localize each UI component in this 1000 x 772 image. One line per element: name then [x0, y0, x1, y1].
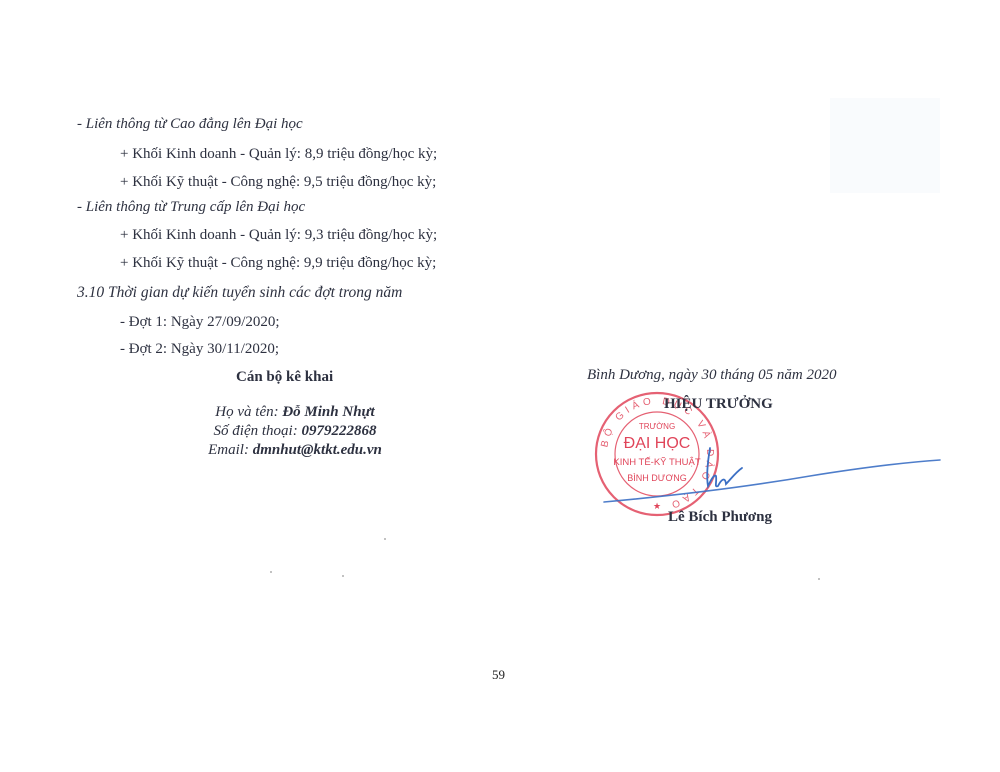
- scan-speck: [384, 538, 386, 540]
- email-label: Email:: [208, 442, 253, 458]
- scan-speck: [818, 578, 820, 580]
- admission-schedule-heading: 3.10 Thời gian dự kiến tuyển sinh các đợ…: [77, 284, 402, 302]
- svg-text:TRƯỜNG: TRƯỜNG: [639, 422, 675, 431]
- admission-round: - Đợt 2: Ngày 30/11/2020;: [120, 340, 279, 358]
- tuition-item: + Khối Kinh doanh - Quản lý: 8,9 triệu đ…: [120, 145, 437, 163]
- rector-title: HIỆU TRƯỞNG: [664, 395, 773, 413]
- declarant-title: Cán bộ kê khai: [236, 368, 333, 386]
- document-page: - Liên thông từ Cao đẳng lên Đại học + K…: [0, 0, 1000, 772]
- declarant-name-row: Họ và tên: Đỗ Minh Nhựt: [180, 403, 410, 422]
- scan-artifact: [830, 98, 940, 193]
- declarant-email: dmnhut@ktkt.edu.vn: [253, 442, 382, 458]
- section-heading-college-transfer: - Liên thông từ Cao đẳng lên Đại học: [77, 115, 303, 133]
- declarant-email-row: Email: dmnhut@ktkt.edu.vn: [180, 441, 410, 460]
- name-label: Họ và tên:: [215, 404, 282, 420]
- section-heading-vocational-transfer: - Liên thông từ Trung cấp lên Đại học: [77, 198, 305, 216]
- scan-speck: [342, 575, 344, 577]
- declarant-name: Đỗ Minh Nhựt: [282, 404, 374, 420]
- declarant-info: Họ và tên: Đỗ Minh Nhựt Số điện thoại: 0…: [180, 403, 410, 460]
- declarant-phone-row: Số điện thoại: 0979222868: [180, 422, 410, 441]
- declarant-phone: 0979222868: [301, 423, 376, 439]
- rector-name: Lê Bích Phương: [668, 508, 772, 526]
- place-date: Bình Dương, ngày 30 tháng 05 năm 2020: [587, 366, 837, 384]
- tuition-item: + Khối Kỹ thuật - Công nghệ: 9,9 triệu đ…: [120, 254, 436, 272]
- tuition-item: + Khối Kinh doanh - Quản lý: 9,3 triệu đ…: [120, 226, 437, 244]
- tuition-item: + Khối Kỹ thuật - Công nghệ: 9,5 triệu đ…: [120, 173, 436, 191]
- page-number: 59: [492, 667, 505, 683]
- scan-speck: [270, 571, 272, 573]
- phone-label: Số điện thoại:: [214, 423, 302, 439]
- admission-round: - Đợt 1: Ngày 27/09/2020;: [120, 313, 280, 331]
